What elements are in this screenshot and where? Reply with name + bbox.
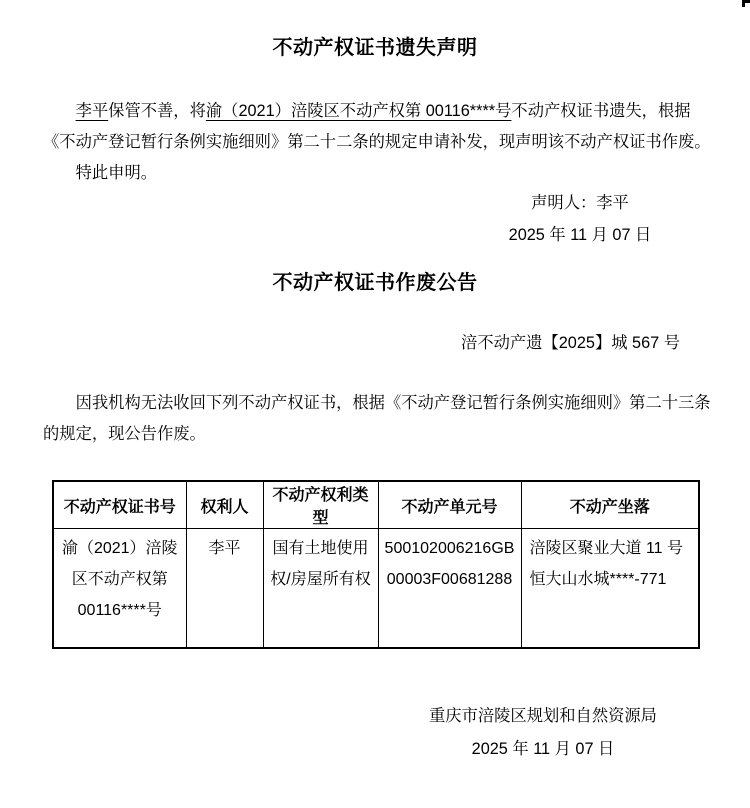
declaration-date: 2025 年 11 月 07 日 — [440, 220, 720, 252]
announcement-reference-number: 涪不动产遗【2025】城 567 号 — [0, 328, 680, 359]
declaration-paragraph-line2: 《不动产登记暂行条例实施细则》第二十二条的规定申请补发，现声明该不动产权证书作废… — [43, 127, 713, 158]
issuing-authority: 重庆市涪陵区规划和自然资源局 — [400, 700, 686, 733]
declaration-text-tail: 不动产权证书遗失，根据 — [511, 102, 690, 120]
cell-holder: 李平 — [186, 529, 263, 649]
header-unit-no: 不动产单元号 — [378, 481, 521, 529]
certificate-table: 不动产权证书号 权利人 不动产权利类型 不动产单元号 不动产坐落 渝（2021）… — [52, 480, 700, 649]
announcement-body-line2: 的规定，现公告作废。 — [43, 419, 713, 450]
table-header-row: 不动产权证书号 权利人 不动产权利类型 不动产单元号 不动产坐落 — [53, 481, 699, 529]
table-row: 渝（2021）涪陵区不动产权第 00116****号 李平 国有土地使用权/房屋… — [53, 529, 699, 649]
corner-artifact-vertical — [742, 0, 745, 7]
declaration-paragraph-line1: 李平保管不善，将渝（2021）涪陵区不动产权第 00116****号不动产权证书… — [43, 96, 713, 127]
declaration-closing: 特此申明。 — [43, 158, 713, 189]
header-cert-no: 不动产权证书号 — [53, 481, 186, 529]
certificate-number-underlined: 渝（2021）涪陵区不动产权第 00116****号 — [206, 102, 512, 120]
announcement-title: 不动产权证书作废公告 — [0, 269, 750, 297]
announcement-body-line1: 因我机构无法收回下列不动产权证书，根据《不动产登记暂行条例实施细则》第二十三条 — [43, 388, 713, 419]
declaration-text-mid: 保管不善，将 — [108, 102, 206, 120]
declarant-signature: 声明人：李平 — [440, 188, 720, 220]
declaration-signature-block: 声明人：李平 2025 年 11 月 07 日 — [440, 188, 720, 251]
announcement-signature-block: 重庆市涪陵区规划和自然资源局 2025 年 11 月 07 日 — [400, 700, 686, 765]
header-holder: 权利人 — [186, 481, 263, 529]
declaration-title: 不动产权证书遗失声明 — [0, 34, 750, 62]
announcement-date: 2025 年 11 月 07 日 — [400, 733, 686, 766]
cell-cert-no: 渝（2021）涪陵区不动产权第 00116****号 — [53, 529, 186, 649]
header-right-type: 不动产权利类型 — [263, 481, 378, 529]
header-location: 不动产坐落 — [521, 481, 699, 529]
declarant-name-underlined: 李平 — [76, 102, 109, 120]
cell-location: 涪陵区聚业大道 11 号恒大山水城****-771 — [521, 529, 699, 649]
cell-right-type: 国有土地使用权/房屋所有权 — [263, 529, 378, 649]
cell-unit-no: 500102006216GB00003F00681288 — [378, 529, 521, 649]
certificate-table-header: 不动产权证书号 权利人 不动产权利类型 不动产单元号 不动产坐落 — [53, 481, 699, 529]
